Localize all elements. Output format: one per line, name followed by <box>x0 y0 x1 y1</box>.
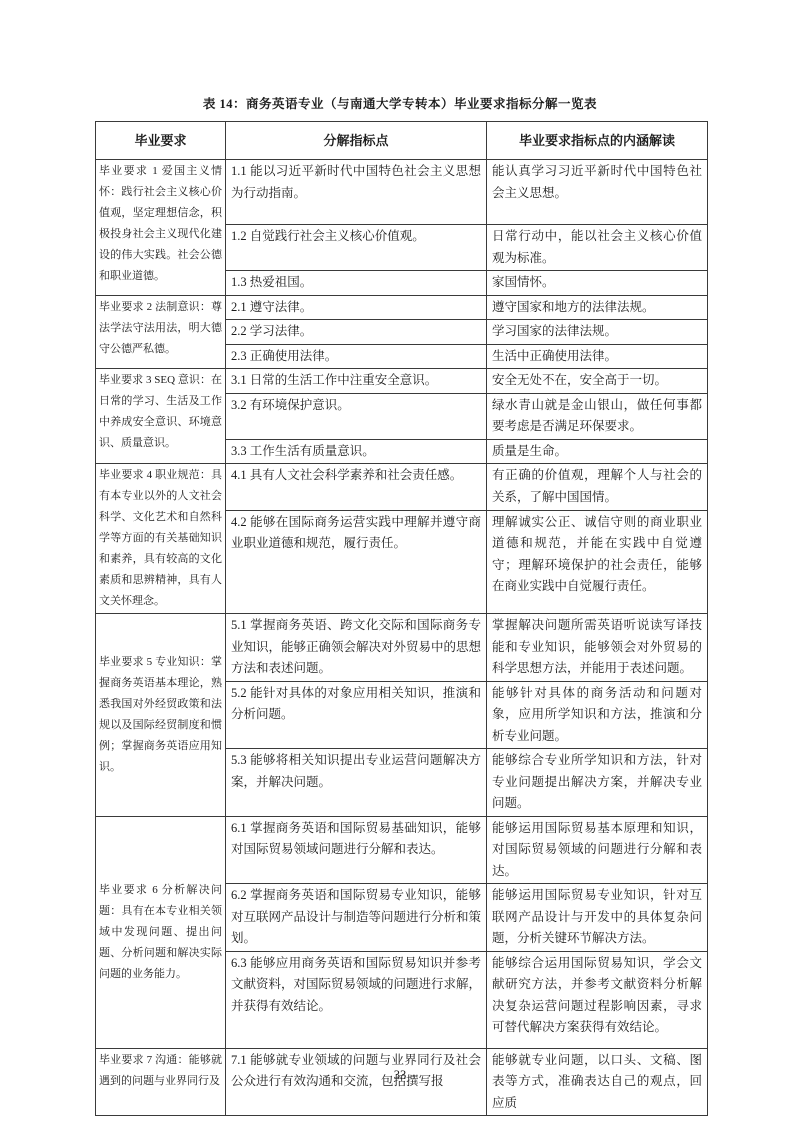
indicator-cell-5-2: 5.2 能针对具体的对象应用相关知识，推演和分析问题。 <box>226 681 487 749</box>
indicator-cell-2-2: 2.2 学习法律。 <box>226 320 487 345</box>
indicator-cell-6-1: 6.1 掌握商务英语和国际贸易基础知识，能够对国际贸易领域问题进行分解和表达。 <box>226 816 487 884</box>
header-interpretation: 毕业要求指标点的内涵解读 <box>487 122 708 160</box>
interpretation-cell-4-2: 理解诚实公正、诚信守则的商业职业道德和规范，并能在实践中自觉遵守；理解环境保护的… <box>487 510 708 613</box>
indicator-cell-2-3: 2.3 正确使用法律。 <box>226 344 487 369</box>
table-row: 毕业要求 1 爱国主义情怀：践行社会主义核心价值观，坚定理想信念，积极投身社会主… <box>96 160 708 225</box>
indicator-cell-6-3: 6.3 能够应用商务英语和国际贸易知识并参考文献资料，对国际贸易领域的问题进行求… <box>226 951 487 1048</box>
header-indicator: 分解指标点 <box>226 122 487 160</box>
interpretation-cell-2-3: 生活中正确使用法律。 <box>487 344 708 369</box>
indicator-cell-3-3: 3.3 工作生活有质量意识。 <box>226 439 487 464</box>
requirement-cell-3: 毕业要求 3 SEQ 意识：在日常的学习、生活及工作中养成安全意识、环境意识、质… <box>96 369 226 464</box>
indicator-cell-1-2: 1.2 自觉践行社会主义核心价值观。 <box>226 225 487 271</box>
table-caption: 表 14：商务英语专业（与南通大学专转本）毕业要求指标分解一览表 <box>0 0 800 112</box>
interpretation-cell-6-1: 能够运用国际贸易基本原理和知识，对国际贸易领域的问题进行分解和表达。 <box>487 816 708 884</box>
interpretation-cell-5-2: 能够针对具体的商务活动和问题对象，应用所学知识和方法，推演和分析专业问题。 <box>487 681 708 749</box>
interpretation-cell-6-2: 能够运用国际贸易专业知识，针对互联网产品设计与开发中的具体复杂问题，分析关键环节… <box>487 884 708 952</box>
table-row: 毕业要求 6 分析解决问题：具有在本专业相关领域中发现问题、提出问题、分析问题和… <box>96 816 708 884</box>
interpretation-cell-5-1: 掌握解决问题所需英语听说读写译技能和专业知识，能够领会对外贸易的科学思想方法，并… <box>487 614 708 682</box>
interpretation-cell-3-3: 质量是生命。 <box>487 439 708 464</box>
page-number: 33 <box>0 1068 800 1083</box>
indicator-cell-6-2: 6.2 掌握商务英语和国际贸易专业知识，能够对互联网产品设计与制造等问题进行分析… <box>226 884 487 952</box>
indicator-cell-1-1: 1.1 能以习近平新时代中国特色社会主义思想为行动指南。 <box>226 160 487 225</box>
interpretation-cell-3-2: 绿水青山就是金山银山，做任何事都要考虑是否满足环保要求。 <box>487 393 708 439</box>
table-row: 毕业要求 3 SEQ 意识：在日常的学习、生活及工作中养成安全意识、环境意识、质… <box>96 369 708 394</box>
indicator-cell-2-1: 2.1 遵守法律。 <box>226 295 487 320</box>
indicator-cell-4-2: 4.2 能够在国际商务运营实践中理解并遵守商业职业道德和规范，履行责任。 <box>226 510 487 613</box>
requirement-cell-2: 毕业要求 2 法制意识：尊法学法守法用法，明大德守公德严私德。 <box>96 295 226 369</box>
table-row: 毕业要求 5 专业知识：掌握商务英语基本理论，熟悉我国对外经贸政策和法规以及国际… <box>96 614 708 682</box>
interpretation-cell-6-3: 能够综合运用国际贸易知识，学会文献研究方法，并参考文献资料分析解决复杂运营问题过… <box>487 951 708 1048</box>
requirement-cell-6: 毕业要求 6 分析解决问题：具有在本专业相关领域中发现问题、提出问题、分析问题和… <box>96 816 226 1048</box>
interpretation-cell-1-1: 能认真学习习近平新时代中国特色社会主义思想。 <box>487 160 708 225</box>
interpretation-cell-5-3: 能够综合专业所学知识和方法，针对专业问题提出解决方案，并解决专业问题。 <box>487 749 708 817</box>
header-row: 毕业要求 分解指标点 毕业要求指标点的内涵解读 <box>96 122 708 160</box>
requirements-table: 毕业要求 分解指标点 毕业要求指标点的内涵解读 毕业要求 1 爱国主义情怀：践行… <box>95 121 708 1116</box>
interpretation-cell-4-1: 有正确的价值观，理解个人与社会的关系，了解中国国情。 <box>487 464 708 511</box>
indicator-cell-5-3: 5.3 能够将相关知识提出专业运营问题解决方案，并解决问题。 <box>226 749 487 817</box>
interpretation-cell-1-2: 日常行动中，能以社会主义核心价值观为标准。 <box>487 225 708 271</box>
table-row: 毕业要求 2 法制意识：尊法学法守法用法，明大德守公德严私德。 2.1 遵守法律… <box>96 295 708 320</box>
requirement-cell-1: 毕业要求 1 爱国主义情怀：践行社会主义核心价值观，坚定理想信念，积极投身社会主… <box>96 160 226 296</box>
requirement-cell-5: 毕业要求 5 专业知识：掌握商务英语基本理论，熟悉我国对外经贸政策和法规以及国际… <box>96 614 226 817</box>
indicator-cell-3-2: 3.2 有环境保护意识。 <box>226 393 487 439</box>
interpretation-cell-1-3: 家国情怀。 <box>487 271 708 296</box>
header-requirement: 毕业要求 <box>96 122 226 160</box>
interpretation-cell-2-1: 遵守国家和地方的法律法规。 <box>487 295 708 320</box>
indicator-cell-4-1: 4.1 具有人文社会科学素养和社会责任感。 <box>226 464 487 511</box>
requirement-cell-4: 毕业要求 4 职业规范：具有本专业以外的人文社会科学、文化艺术和自然科学等方面的… <box>96 464 226 614</box>
table-row: 毕业要求 4 职业规范：具有本专业以外的人文社会科学、文化艺术和自然科学等方面的… <box>96 464 708 511</box>
interpretation-cell-3-1: 安全无处不在，安全高于一切。 <box>487 369 708 394</box>
interpretation-cell-2-2: 学习国家的法律法规。 <box>487 320 708 345</box>
indicator-cell-3-1: 3.1 日常的生活工作中注重安全意识。 <box>226 369 487 394</box>
indicator-cell-1-3: 1.3 热爱祖国。 <box>226 271 487 296</box>
indicator-cell-5-1: 5.1 掌握商务英语、跨文化交际和国际商务专业知识，能够正确领会解决对外贸易中的… <box>226 614 487 682</box>
